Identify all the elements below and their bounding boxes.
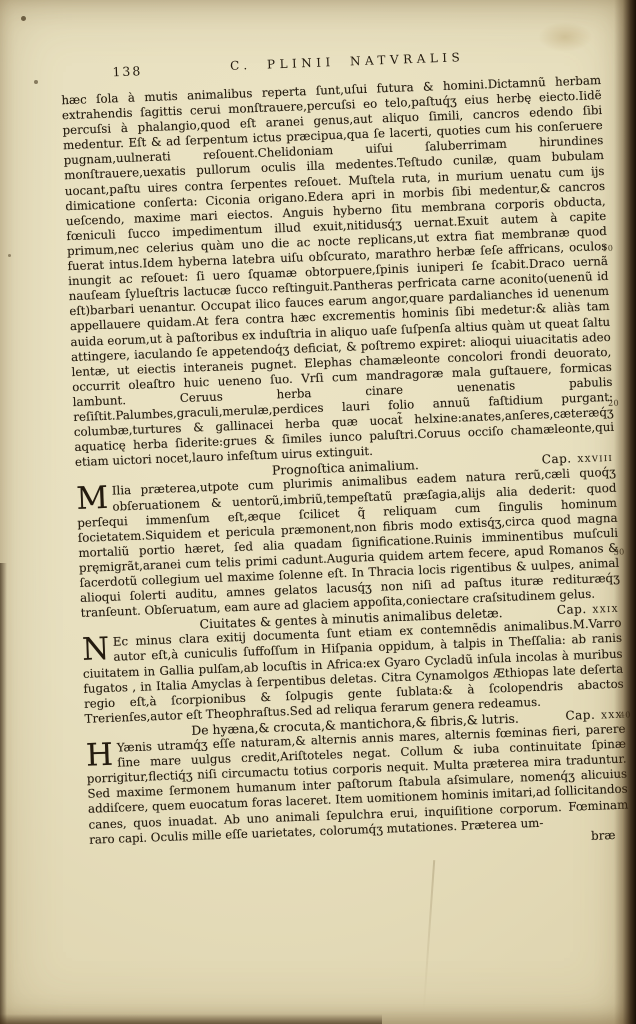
- paper-crease: [423, 860, 435, 1010]
- roman-numeral: xxviii: [577, 450, 613, 465]
- printed-area: 138 C. PLINII NATVRALIS hæc ſola à mutis…: [60, 46, 630, 862]
- paragraph-prognostica: MIlia præterea,utpote cum plurimis anima…: [76, 465, 621, 621]
- drop-cap: M: [76, 484, 113, 512]
- drop-cap: H: [86, 741, 118, 769]
- text-block: hæc ſola à mutis animalibus reperta ſunt…: [61, 73, 629, 862]
- book-gutter-shadow: [614, 0, 636, 1024]
- margin-line-number: 10: [602, 241, 614, 257]
- page-paper: 138 C. PLINII NATVRALIS hæc ſola à mutis…: [0, 0, 636, 1024]
- chapter-number: Cap.xxviii: [541, 450, 613, 468]
- ink-speck: [8, 254, 11, 257]
- book-page-scan: 138 C. PLINII NATVRALIS hæc ſola à mutis…: [0, 0, 636, 1024]
- ink-speck: [21, 16, 26, 21]
- running-head: C. PLINII NATVRALIS: [230, 50, 465, 73]
- ink-speck: [34, 80, 38, 84]
- page-edge-shadow-bottom: [0, 1014, 382, 1024]
- chapter-number: Cap.xxix: [557, 601, 620, 618]
- paragraph-hyaena: HYænis utramq́ʒ eſſe naturam,& alternis …: [86, 722, 630, 848]
- paragraph-continuation: hæc ſola à mutis animalibus reperta ſunt…: [61, 73, 615, 470]
- drop-cap: N: [82, 635, 114, 663]
- page-edge-shadow-left: [0, 563, 7, 1024]
- folio-number: 138: [112, 63, 142, 79]
